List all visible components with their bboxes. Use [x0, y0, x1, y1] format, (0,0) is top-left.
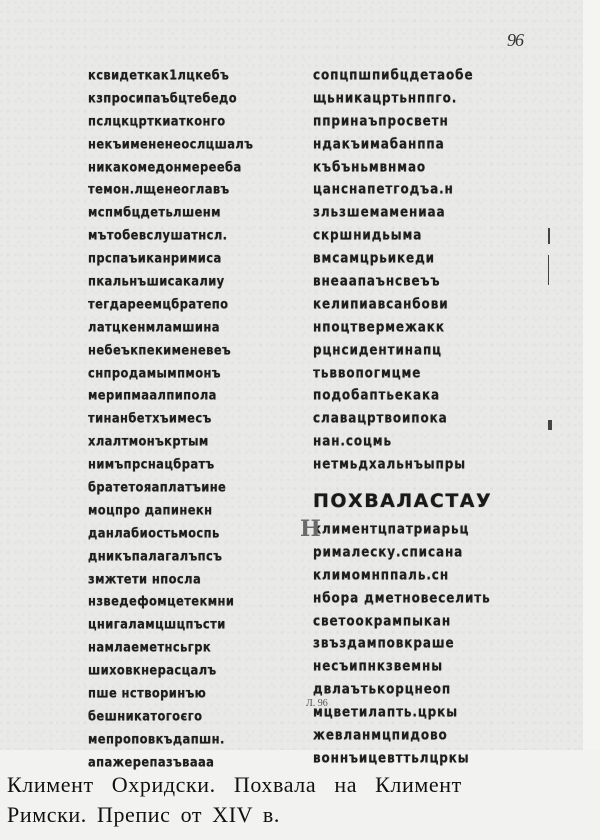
manuscript-left-column: ксвидеткак1лцкебъкзпросипаъбцтебедопслцк…	[88, 64, 293, 774]
plate-edge	[583, 0, 600, 750]
manuscript-right-column: сопцпшпибцдетаобещьникацртьнппго.ппринаъ…	[313, 64, 538, 770]
manuscript-line: воннъицевттьлцркы	[313, 745, 538, 771]
manuscript-plate: 96 ксвидеткак1лцкебъкзпросипаъбцтебедопс…	[0, 0, 600, 750]
illuminated-initial: Н	[300, 516, 321, 542]
folio-number: 96	[507, 30, 523, 51]
margin-mark	[548, 255, 549, 285]
margin-mark	[548, 420, 552, 430]
manuscript-heading: ПОХВАЛАСТАУ	[313, 484, 538, 518]
figure-caption: Климент Охридски. Похвала на Климент Рим…	[7, 770, 597, 830]
margin-mark	[548, 228, 550, 244]
manuscript-line: нетмьдхальнъыпры	[313, 451, 538, 477]
caption-line-2: Римски. Препис от XIV в.	[7, 800, 597, 830]
folio-label: Л. 96	[306, 698, 328, 709]
caption-line-1: Климент Охридски. Похвала на Климент	[7, 770, 597, 800]
